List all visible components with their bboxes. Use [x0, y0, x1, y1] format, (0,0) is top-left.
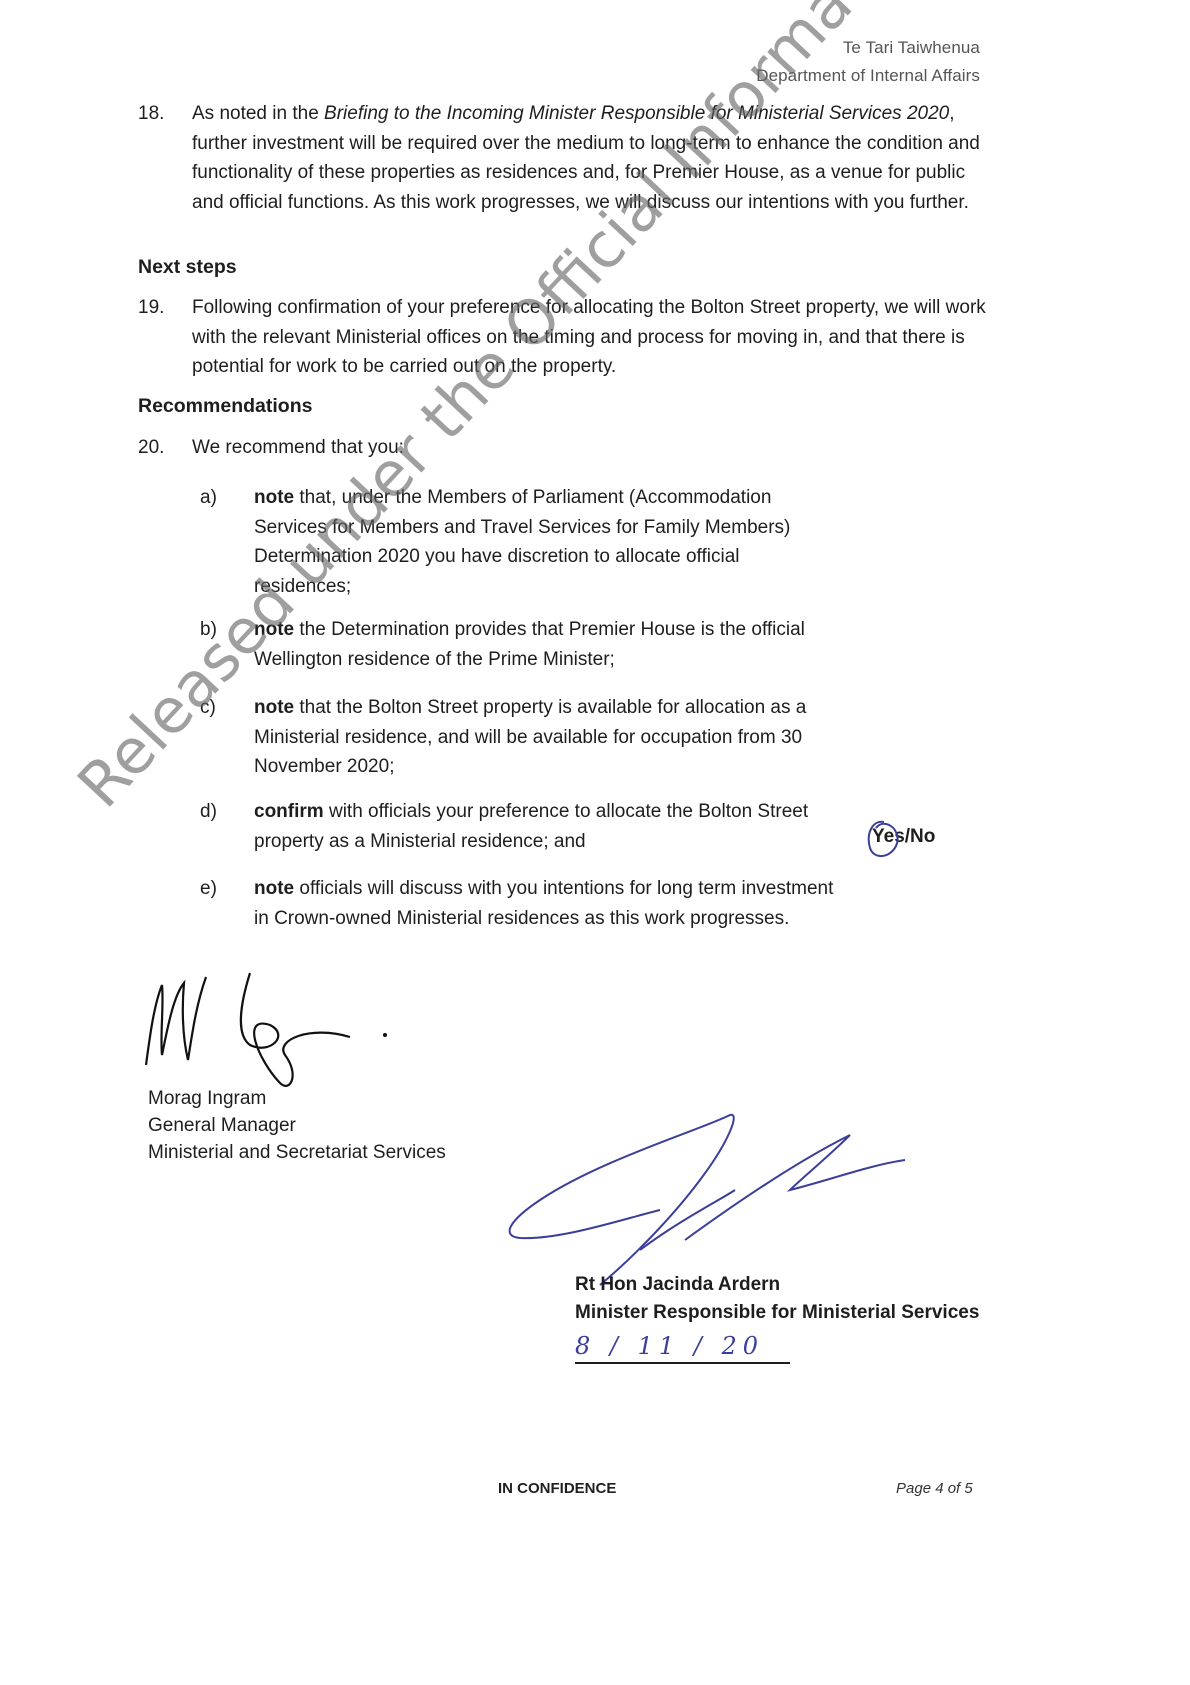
official-unit: Ministerial and Secretariat Services — [148, 1139, 446, 1166]
rec-text: with officials your preference to alloca… — [254, 801, 808, 852]
rec-label-b: b) — [200, 615, 217, 645]
official-name: Morag Ingram — [148, 1085, 266, 1112]
rec-text: that the Bolton Street property is avail… — [254, 697, 806, 777]
paragraph-18: As noted in the Briefing to the Incoming… — [192, 99, 982, 217]
rec-item-e: note officials will discuss with you int… — [254, 874, 844, 933]
official-title: General Manager — [148, 1112, 296, 1139]
rec-item-a: note that, under the Members of Parliame… — [254, 483, 829, 601]
footer-classification: IN CONFIDENCE — [498, 1480, 616, 1497]
briefing-title: Briefing to the Incoming Minister Respon… — [324, 103, 949, 124]
signature-minister — [500, 1110, 920, 1290]
minister-title: Minister Responsible for Ministerial Ser… — [575, 1299, 979, 1327]
rec-verb: note — [254, 697, 294, 718]
rec-text: officials will discuss with you intentio… — [254, 878, 833, 929]
paragraph-19: Following confirmation of your preferenc… — [192, 293, 987, 382]
rec-item-c: note that the Bolton Street property is … — [254, 693, 854, 782]
handwritten-date: 8 / 11 / 20 — [575, 1332, 764, 1360]
header-department: Department of Internal Affairs — [756, 66, 980, 86]
paragraph-number-19: 19. — [138, 293, 164, 323]
rec-label-d: d) — [200, 797, 217, 827]
yes-circled-mark — [862, 816, 912, 864]
date-signature-line — [575, 1362, 790, 1364]
heading-next-steps: Next steps — [138, 256, 237, 279]
rec-item-d: confirm with officials your preference t… — [254, 797, 829, 856]
paragraph-number-18: 18. — [138, 99, 164, 129]
rec-label-e: e) — [200, 874, 217, 904]
footer-page-number: Page 4 of 5 — [896, 1480, 973, 1497]
rec-verb: note — [254, 619, 294, 640]
heading-recommendations: Recommendations — [138, 395, 312, 418]
paragraph-number-20: 20. — [138, 433, 164, 463]
rec-label-a: a) — [200, 483, 217, 513]
rec-text: that, under the Members of Parliament (A… — [254, 487, 790, 597]
rec-verb: note — [254, 487, 294, 508]
p18-text-start: As noted in the — [192, 103, 324, 124]
rec-label-c: c) — [200, 693, 216, 723]
rec-text: the Determination provides that Premier … — [254, 619, 805, 670]
signature-morag-ingram — [140, 965, 400, 1095]
header-maori-name: Te Tari Taiwhenua — [843, 38, 980, 58]
paragraph-20: We recommend that you: — [192, 433, 992, 463]
rec-verb: note — [254, 878, 294, 899]
minister-name: Rt Hon Jacinda Ardern — [575, 1271, 780, 1299]
rec-verb: confirm — [254, 801, 324, 822]
rec-item-b: note the Determination provides that Pre… — [254, 615, 814, 674]
